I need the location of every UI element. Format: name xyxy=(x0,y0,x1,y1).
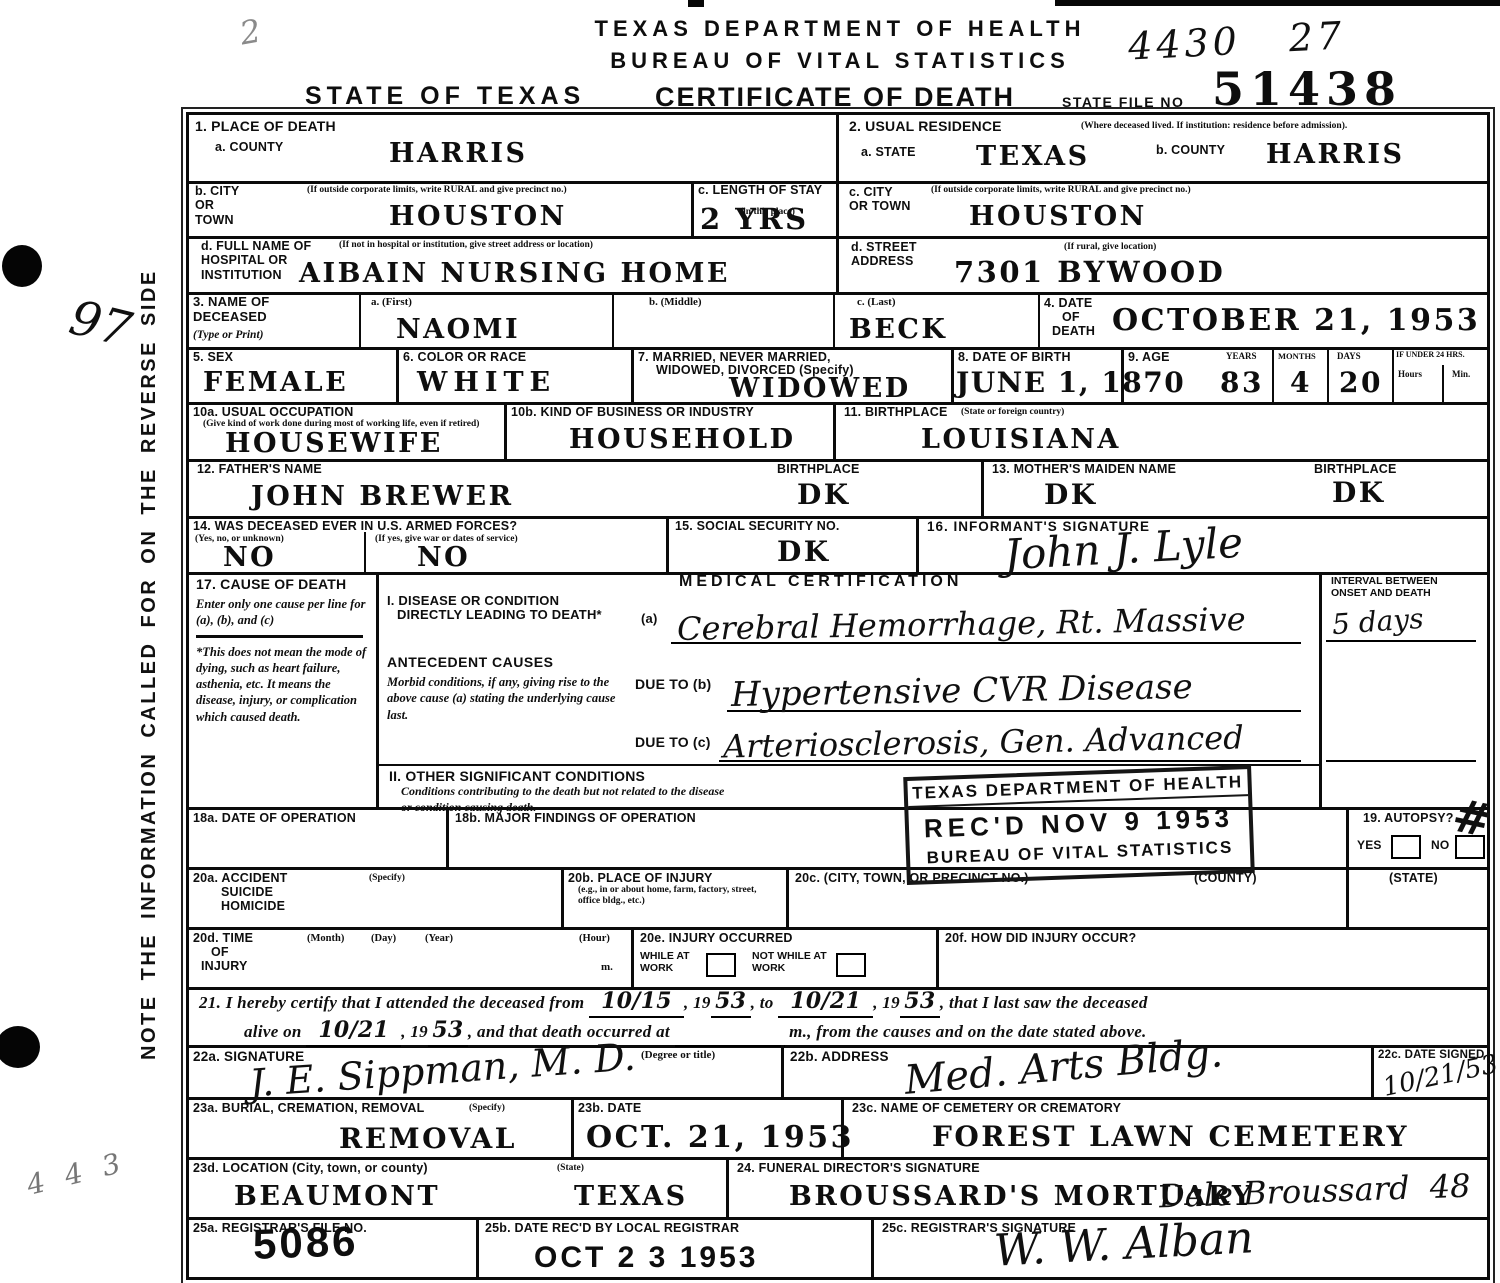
row-physician-signature: 22a. SIGNATURE (Degree or title) J. E. S… xyxy=(189,1045,1487,1100)
interval-line-c xyxy=(1326,760,1476,762)
row-accident-injury-place: 20a. ACCIDENT SUICIDE HOMICIDE (Specify)… xyxy=(189,867,1487,930)
place-of-death-title: 1. PLACE OF DEATH xyxy=(195,118,336,134)
length-of-stay-value: 2 YRS xyxy=(700,205,809,234)
certify-text-2: , 19 xyxy=(684,993,711,1012)
field-hospital-name: d. FULL NAME OF HOSPITAL OR INSTITUTION … xyxy=(189,236,839,292)
under-24-label: IF UNDER 24 HRS. xyxy=(1396,350,1476,360)
residence-state-value: TEXAS xyxy=(976,143,1090,170)
field-length-of-stay: c. LENGTH OF STAY (in this place) 2 YRS xyxy=(694,181,839,236)
attended-from-value: 10/15 xyxy=(601,988,672,1014)
informant-signature-value: John J. Lyle xyxy=(1003,522,1244,576)
while-at-work-checkbox xyxy=(706,953,736,977)
field-color-race: 6. COLOR OR RACE WHITE xyxy=(399,347,634,402)
accident-label-3: HOMICIDE xyxy=(221,899,285,913)
date-of-death-label-1: 4. DATE xyxy=(1044,296,1092,310)
field-burial-type: 23a. BURIAL, CREMATION, REMOVAL (Specify… xyxy=(189,1097,574,1157)
certify-text-1: 21. I hereby certify that I attended the… xyxy=(199,993,584,1012)
burial-value: REMOVAL xyxy=(339,1125,517,1153)
field-armed-forces: 14. WAS DECEASED EVER IN U.S. ARMED FORC… xyxy=(189,516,669,572)
birthplace-note: (State or foreign country) xyxy=(961,407,1064,418)
date-of-death-value: OCTOBER 21, 1953 xyxy=(1112,306,1480,336)
business-label: 10b. KIND OF BUSINESS OR INDUSTRY xyxy=(511,405,754,419)
field-physician-signature: 22a. SIGNATURE (Degree or title) J. E. S… xyxy=(189,1045,784,1097)
cause-c-value: Arteriosclerosis, Gen. Advanced xyxy=(723,721,1244,762)
death-certificate-scan: NOTE THE INFORMATION CALLED FOR ON THE R… xyxy=(0,0,1500,1283)
not-while-at-work-checkbox xyxy=(836,953,866,977)
funeral-director-label: 24. FUNERAL DIRECTOR'S SIGNATURE xyxy=(737,1161,980,1175)
autopsy-yes-label: YES xyxy=(1357,839,1382,853)
field-injury-state: (STATE) xyxy=(1349,867,1487,927)
first-name-value: NAOMI xyxy=(396,316,520,343)
from-year-value: 53 xyxy=(715,988,746,1014)
age-months-label: MONTHS xyxy=(1278,351,1316,361)
alive-on-value: 10/21 xyxy=(318,1017,389,1043)
field-physician-address: 22b. ADDRESS Med. Arts Bldg. xyxy=(784,1045,1374,1097)
color-race-label: 6. COLOR OR RACE xyxy=(403,350,526,364)
interval-onset-death: INTERVAL BETWEEN ONSET AND DEATH 5 days xyxy=(1322,572,1487,807)
last-name-label: c. (Last) xyxy=(857,296,896,309)
interval-label: INTERVAL BETWEEN ONSET AND DEATH xyxy=(1331,576,1471,599)
field-social-security: 15. SOCIAL SECURITY NO. DK xyxy=(669,516,919,572)
sex-value: FEMALE xyxy=(203,369,348,396)
autopsy-label: 19. AUTOPSY? xyxy=(1363,811,1454,825)
state-file-no-label: STATE FILE NO xyxy=(1062,94,1184,110)
how-injury-label: 20f. HOW DID INJURY OCCUR? xyxy=(945,931,1136,945)
field-age-under-24: IF UNDER 24 HRS. Hours Min. xyxy=(1394,347,1487,402)
header-handwritten-numbers: 4430 27 xyxy=(1127,16,1346,65)
field-middle-name: b. (Middle) xyxy=(614,292,835,347)
field-time-of-injury: 20d. TIME OF INJURY (Month) (Day) (Year)… xyxy=(189,927,634,987)
cemetery-label: 23c. NAME OF CEMETERY OR CREMATORY xyxy=(852,1101,1121,1115)
field-age-months: MONTHS 4 xyxy=(1274,347,1329,402)
field-funeral-director: 24. FUNERAL DIRECTOR'S SIGNATURE BROUSSA… xyxy=(729,1157,1487,1217)
field-first-name: a. (First) NAOMI xyxy=(361,292,614,347)
autopsy-no-label: NO xyxy=(1431,839,1449,853)
occupation-label: 10a. USUAL OCCUPATION xyxy=(193,405,353,419)
medical-certification-title: MEDICAL CERTIFICATION xyxy=(679,573,962,591)
field-informant-signature: 16. INFORMANT'S SIGNATURE John J. Lyle xyxy=(919,516,1487,572)
residence-county-label: b. COUNTY xyxy=(1156,143,1225,157)
residence-city-value: HOUSTON xyxy=(969,203,1147,230)
margin-scribble-bottom: 4 4 3 xyxy=(24,1148,129,1200)
row-sex-race-marital: 5. SEX FEMALE 6. COLOR OR RACE WHITE 7. … xyxy=(189,347,1487,405)
row-time-of-injury: 20d. TIME OF INJURY (Month) (Day) (Year)… xyxy=(189,927,1487,990)
certify-text-7: , 19 xyxy=(401,1022,428,1041)
injury-while-at-work-label: WHILE AT WORK xyxy=(640,951,702,974)
scan-artifact-top-mark xyxy=(688,0,704,7)
field-sex: 5. SEX FEMALE xyxy=(189,347,399,402)
armed-forces-value1: NO xyxy=(223,544,276,571)
cause-b-value: Hypertensive CVR Disease xyxy=(731,670,1193,712)
attended-to-slot: 10/21 xyxy=(778,989,873,1018)
field-date-of-operation: 18a. DATE OF OPERATION xyxy=(189,807,449,867)
alive-year-slot: 53 xyxy=(428,1018,468,1047)
registrar-signature-value: W. W. Alban xyxy=(993,1216,1255,1274)
field-accident-suicide-homicide: 20a. ACCIDENT SUICIDE HOMICIDE (Specify) xyxy=(189,867,564,927)
certificate-form: 1. PLACE OF DEATH a. COUNTY HARRIS 2. US… xyxy=(186,112,1490,1280)
major-findings-label: 18b. MAJOR FINDINGS OF OPERATION xyxy=(455,811,696,825)
field-birthplace: 11. BIRTHPLACE (State or foreign country… xyxy=(836,402,1487,459)
row-place-residence-2: b. CITY OR TOWN (If outside corporate li… xyxy=(189,181,1487,239)
time-of-injury-m-label: m. xyxy=(601,961,613,974)
age-years-value: 83 xyxy=(1220,369,1264,397)
header-bureau: BUREAU OF VITAL STATISTICS xyxy=(520,48,1160,74)
date-of-death-label-2: OF xyxy=(1062,310,1080,324)
last-name-value: BECK xyxy=(849,316,947,343)
field-cemetery-name: 23c. NAME OF CEMETERY OR CREMATORY FORES… xyxy=(844,1097,1487,1157)
registrar-file-value: 5086 xyxy=(252,1217,359,1269)
certify-text-9: m., from the causes and on the date stat… xyxy=(789,1022,1147,1041)
cause-a-line: Cerebral Hemorrhage, Rt. Massive xyxy=(671,598,1301,644)
middle-name-label: b. (Middle) xyxy=(649,296,702,309)
birthplace-value: LOUISIANA xyxy=(921,426,1121,453)
field-registrar-signature: 25c. REGISTRAR'S SIGNATURE W. W. Alban xyxy=(874,1217,1487,1277)
cause-a-value: Cerebral Hemorrhage, Rt. Massive xyxy=(677,603,1246,645)
residence-city-note: (If outside corporate limits, write RURA… xyxy=(931,185,1411,196)
city-label: b. CITY OR TOWN xyxy=(195,184,255,227)
location-label: 23d. LOCATION (City, town, or county) xyxy=(193,1161,428,1175)
attended-from-slot: 10/15 xyxy=(589,989,684,1018)
name-deceased-title: 3. NAME OF DECEASED xyxy=(193,295,313,325)
age-years-label: YEARS xyxy=(1226,351,1257,362)
interval-line-a xyxy=(1326,640,1476,642)
row-operation-autopsy: 18a. DATE OF OPERATION 18b. MAJOR FINDIN… xyxy=(189,807,1487,870)
mother-birthplace-value: DK xyxy=(1332,479,1386,507)
field-business-industry: 10b. KIND OF BUSINESS OR INDUSTRY HOUSEH… xyxy=(507,402,836,459)
row-name-deceased: 3. NAME OF DECEASED (Type or Print) a. (… xyxy=(189,292,1487,350)
field-usual-residence: 2. USUAL RESIDENCE (Where deceased lived… xyxy=(839,115,1487,181)
field-registrar-date: 25b. DATE REC'D BY LOCAL REGISTRAR OCT 2… xyxy=(479,1217,874,1277)
header-certificate-title: CERTIFICATE OF DEATH xyxy=(655,82,1015,113)
date-of-operation-label: 18a. DATE OF OPERATION xyxy=(193,811,356,825)
time-of-injury-label-1: 20d. TIME xyxy=(193,931,253,945)
usual-residence-title: 2. USUAL RESIDENCE xyxy=(849,118,1002,134)
under-24-divider xyxy=(1442,365,1444,402)
mother-birthplace-label: BIRTHPLACE xyxy=(1314,462,1397,476)
field-marital-status: 7. MARRIED, NEVER MARRIED, WIDOWED, DIVO… xyxy=(634,347,954,402)
field-place-of-death: 1. PLACE OF DEATH a. COUNTY HARRIS xyxy=(189,115,839,181)
accident-specify-note: (Specify) xyxy=(369,873,405,884)
certify-text-5: , that I last saw the deceased xyxy=(940,993,1148,1012)
field-father-name: 12. FATHER'S NAME JOHN BREWER BIRTHPLACE… xyxy=(189,459,984,516)
father-name-label: 12. FATHER'S NAME xyxy=(197,462,322,476)
attended-to-value: 10/21 xyxy=(790,988,861,1014)
margin-note-vertical: NOTE THE INFORMATION CALLED FOR ON THE R… xyxy=(138,288,168,1060)
to-year-value: 53 xyxy=(904,988,935,1014)
location-city-value: BEAUMONT xyxy=(234,1183,440,1210)
field-date-of-death: 4. DATE OF DEATH OCTOBER 21, 1953 xyxy=(1040,292,1487,347)
row-certify-statement: 21. I hereby certify that I attended the… xyxy=(189,987,1487,1048)
field-date-signed: 22c. DATE SIGNED 10/21/53 xyxy=(1374,1045,1487,1097)
field-city-of-death: b. CITY OR TOWN (If outside corporate li… xyxy=(189,181,694,236)
row-cause-of-death: 17. CAUSE OF DEATH Enter only one cause … xyxy=(189,572,1487,810)
interval-value: 5 days xyxy=(1331,605,1424,639)
cause-of-death-title: 17. CAUSE OF DEATH xyxy=(196,576,371,592)
burial-date-value: OCT. 21, 1953 xyxy=(586,1123,854,1153)
field-last-name: c. (Last) BECK xyxy=(835,292,1040,347)
row-burial: 23a. BURIAL, CREMATION, REMOVAL (Specify… xyxy=(189,1097,1487,1160)
residence-city-label: c. CITY OR TOWN xyxy=(849,185,913,214)
name-deceased-note: (Type or Print) xyxy=(193,328,263,343)
row-place-residence-3: d. FULL NAME OF HOSPITAL OR INSTITUTION … xyxy=(189,236,1487,295)
cause-divider-rule xyxy=(196,635,363,638)
location-state-value: TEXAS xyxy=(574,1183,688,1210)
burial-specify-note: (Specify) xyxy=(469,1103,505,1114)
certify-text-6: alive on xyxy=(244,1022,302,1041)
ssn-label: 15. SOCIAL SECURITY NO. xyxy=(675,519,840,533)
time-of-injury-year-label: (Year) xyxy=(425,933,453,946)
scan-artifact-top-right xyxy=(1055,0,1500,6)
birthplace-label: 11. BIRTHPLACE xyxy=(844,405,948,419)
hole-punch-top xyxy=(2,245,42,287)
armed-forces-divider xyxy=(364,532,366,572)
margin-number: 97 xyxy=(65,293,136,354)
row-registrar: 25a. REGISTRAR'S FILE NO. 5086 25b. DATE… xyxy=(189,1217,1487,1277)
field-injury-occurred: 20e. INJURY OCCURRED WHILE AT WORK NOT W… xyxy=(634,927,939,987)
morbid-conditions-note: Morbid conditions, if any, giving rise t… xyxy=(387,674,632,723)
address-label: 22b. ADDRESS xyxy=(790,1049,889,1065)
street-address-note: (If rural, give location) xyxy=(1064,242,1156,253)
injury-occurred-label: 20e. INJURY OCCURRED xyxy=(640,931,793,945)
sex-label: 5. SEX xyxy=(193,350,233,364)
burial-label: 23a. BURIAL, CREMATION, REMOVAL xyxy=(193,1101,424,1115)
cause-a-prefix: (a) xyxy=(641,612,658,627)
father-birthplace-value: DK xyxy=(797,481,851,509)
county-label: a. COUNTY xyxy=(215,140,283,154)
field-street-address: d. STREET ADDRESS (If rural, give locati… xyxy=(839,236,1487,292)
registrar-date-value: OCT 2 3 1953 xyxy=(534,1241,758,1275)
date-of-birth-label: 8. DATE OF BIRTH xyxy=(958,350,1071,364)
field-date-of-birth: 8. DATE OF BIRTH JUNE 1, 1870 xyxy=(954,347,1124,402)
row-forces-ssn-informant: 14. WAS DECEASED EVER IN U.S. ARMED FORC… xyxy=(189,516,1487,575)
field-age-years: 9. AGE YEARS 83 xyxy=(1124,347,1274,402)
armed-forces-label: 14. WAS DECEASED EVER IN U.S. ARMED FORC… xyxy=(193,519,517,533)
mother-name-label: 13. MOTHER'S MAIDEN NAME xyxy=(992,462,1176,476)
cause-note-2: *This does not mean the mode of dying, s… xyxy=(196,644,371,725)
injury-state-label: (STATE) xyxy=(1389,871,1438,885)
cause-b-line: Hypertensive CVR Disease xyxy=(727,664,1301,712)
header-state-of-texas: STATE OF TEXAS xyxy=(305,82,585,111)
funeral-director-signature: Dale Broussard 48 xyxy=(1159,1170,1471,1213)
residence-county-value: HARRIS xyxy=(1266,141,1404,168)
age-months-value: 4 xyxy=(1290,369,1312,397)
field-burial-location: 23d. LOCATION (City, town, or county) (S… xyxy=(189,1157,729,1217)
cause-b-prefix: DUE TO (b) xyxy=(635,676,711,692)
accident-label-1: 20a. ACCIDENT xyxy=(193,871,288,885)
state-file-no-value: 51438 xyxy=(1212,66,1402,112)
ssn-value: DK xyxy=(777,538,831,566)
time-of-injury-label-2: OF xyxy=(211,945,229,959)
location-state-note: (State) xyxy=(557,1163,584,1174)
time-of-injury-month-label: (Month) xyxy=(307,933,344,946)
row-parents: 12. FATHER'S NAME JOHN BREWER BIRTHPLACE… xyxy=(189,459,1487,519)
cause-note-1: Enter only one cause per line for (a), (… xyxy=(196,596,371,629)
field-residence-city: c. CITY OR TOWN (If outside corporate li… xyxy=(839,181,1487,236)
city-note: (If outside corporate limits, write RURA… xyxy=(307,185,677,196)
field-registrar-file-no: 25a. REGISTRAR'S FILE NO. 5086 xyxy=(189,1217,479,1277)
signature-degree-note: (Degree or title) xyxy=(641,1049,715,1062)
field-age-days: DAYS 20 xyxy=(1329,347,1394,402)
mother-name-value: DK xyxy=(1044,481,1098,509)
date-of-death-label-3: DEATH xyxy=(1052,324,1095,338)
father-birthplace-label: BIRTHPLACE xyxy=(777,462,860,476)
field-autopsy: 19. AUTOPSY? YES NO # xyxy=(1349,807,1487,867)
physician-signature-value: J. E. Sippman, M. D. xyxy=(248,1038,636,1103)
hospital-value: AIBAIN NURSING HOME xyxy=(299,260,730,287)
hospital-note: (If not in hospital or institution, give… xyxy=(339,240,759,251)
length-of-stay-label: c. LENGTH OF STAY xyxy=(698,183,828,197)
field-burial-date: 23b. DATE OCT. 21, 1953 xyxy=(574,1097,844,1157)
to-year-slot: 53 xyxy=(900,989,940,1018)
occupation-value: HOUSEWIFE xyxy=(225,430,443,457)
hole-punch-bottom xyxy=(0,1026,40,1068)
alive-on-slot: 10/21 xyxy=(306,1018,401,1047)
armed-forces-value2: NO xyxy=(417,544,470,571)
field-mother-name: 13. MOTHER'S MAIDEN NAME DK BIRTHPLACE D… xyxy=(984,459,1487,516)
burial-date-label: 23b. DATE xyxy=(578,1101,641,1115)
business-value: HOUSEHOLD xyxy=(569,426,796,453)
antecedent-causes-label: ANTECEDENT CAUSES xyxy=(387,654,553,670)
row-location-funeral-director: 23d. LOCATION (City, town, or county) (S… xyxy=(189,1157,1487,1220)
row-place-residence-1: 1. PLACE OF DEATH a. COUNTY HARRIS 2. US… xyxy=(189,115,1487,184)
marital-value: WIDOWED xyxy=(729,375,911,402)
cause-c-prefix: DUE TO (c) xyxy=(635,734,711,750)
first-name-label: a. (First) xyxy=(371,296,412,309)
field-name-of-deceased-label: 3. NAME OF DECEASED (Type or Print) xyxy=(189,292,361,347)
injury-not-while-label: NOT WHILE AT WORK xyxy=(752,951,830,974)
father-name-value: JOHN BREWER xyxy=(251,483,514,510)
age-label: 9. AGE xyxy=(1128,350,1170,364)
street-address-label: d. STREET ADDRESS xyxy=(851,240,921,269)
registrar-date-label: 25b. DATE REC'D BY LOCAL REGISTRAR xyxy=(485,1221,739,1235)
certify-statement: 21. I hereby certify that I attended the… xyxy=(189,987,1487,1047)
field-place-of-injury: 20b. PLACE OF INJURY (e.g., in or about … xyxy=(564,867,789,927)
received-stamp: TEXAS DEPARTMENT OF HEALTH REC'D NOV 9 1… xyxy=(903,765,1255,885)
header-scribble: 2 xyxy=(237,14,263,49)
accident-label-2: SUICIDE xyxy=(221,885,273,899)
under-24-hours-label: Hours xyxy=(1398,369,1422,380)
under-24-min-label: Min. xyxy=(1452,369,1470,380)
residence-state-label: a. STATE xyxy=(861,145,916,159)
disease-condition-label-2: DIRECTLY LEADING TO DEATH* xyxy=(397,608,602,623)
city-value: HOUSTON xyxy=(389,203,567,230)
certify-text-4: , 19 xyxy=(873,993,900,1012)
certify-text-3: , to xyxy=(751,993,774,1012)
cause-c-line: Arteriosclerosis, Gen. Advanced xyxy=(719,720,1301,762)
age-days-label: DAYS xyxy=(1337,351,1361,362)
alive-year-value: 53 xyxy=(432,1017,463,1043)
place-of-injury-note: (e.g., in or about home, farm, factory, … xyxy=(578,873,778,908)
usual-residence-note: (Where deceased lived. If institution: r… xyxy=(1081,121,1461,132)
from-year-slot: 53 xyxy=(711,989,751,1018)
age-days-value: 20 xyxy=(1339,369,1383,397)
time-of-injury-label-3: INJURY xyxy=(201,959,248,973)
autopsy-no-mark: # xyxy=(1449,791,1496,844)
field-how-injury-occurred: 20f. HOW DID INJURY OCCUR? xyxy=(939,927,1487,987)
time-of-injury-day-label: (Day) xyxy=(371,933,396,946)
autopsy-yes-checkbox xyxy=(1391,835,1421,859)
county-value: HARRIS xyxy=(389,140,527,167)
header-department: TEXAS DEPARTMENT OF HEALTH xyxy=(520,16,1160,42)
field-usual-occupation: 10a. USUAL OCCUPATION (Give kind of work… xyxy=(189,402,507,459)
street-address-value: 7301 BYWOOD xyxy=(954,258,1225,287)
row-occupation: 10a. USUAL OCCUPATION (Give kind of work… xyxy=(189,402,1487,462)
cemetery-value: FOREST LAWN CEMETERY xyxy=(932,1123,1409,1151)
cause-of-death-instructions: 17. CAUSE OF DEATH Enter only one cause … xyxy=(189,572,379,807)
death-hour-slot xyxy=(675,1018,785,1047)
time-of-injury-hour-label: (Hour) xyxy=(579,933,610,946)
color-race-value: WHITE xyxy=(417,369,556,396)
